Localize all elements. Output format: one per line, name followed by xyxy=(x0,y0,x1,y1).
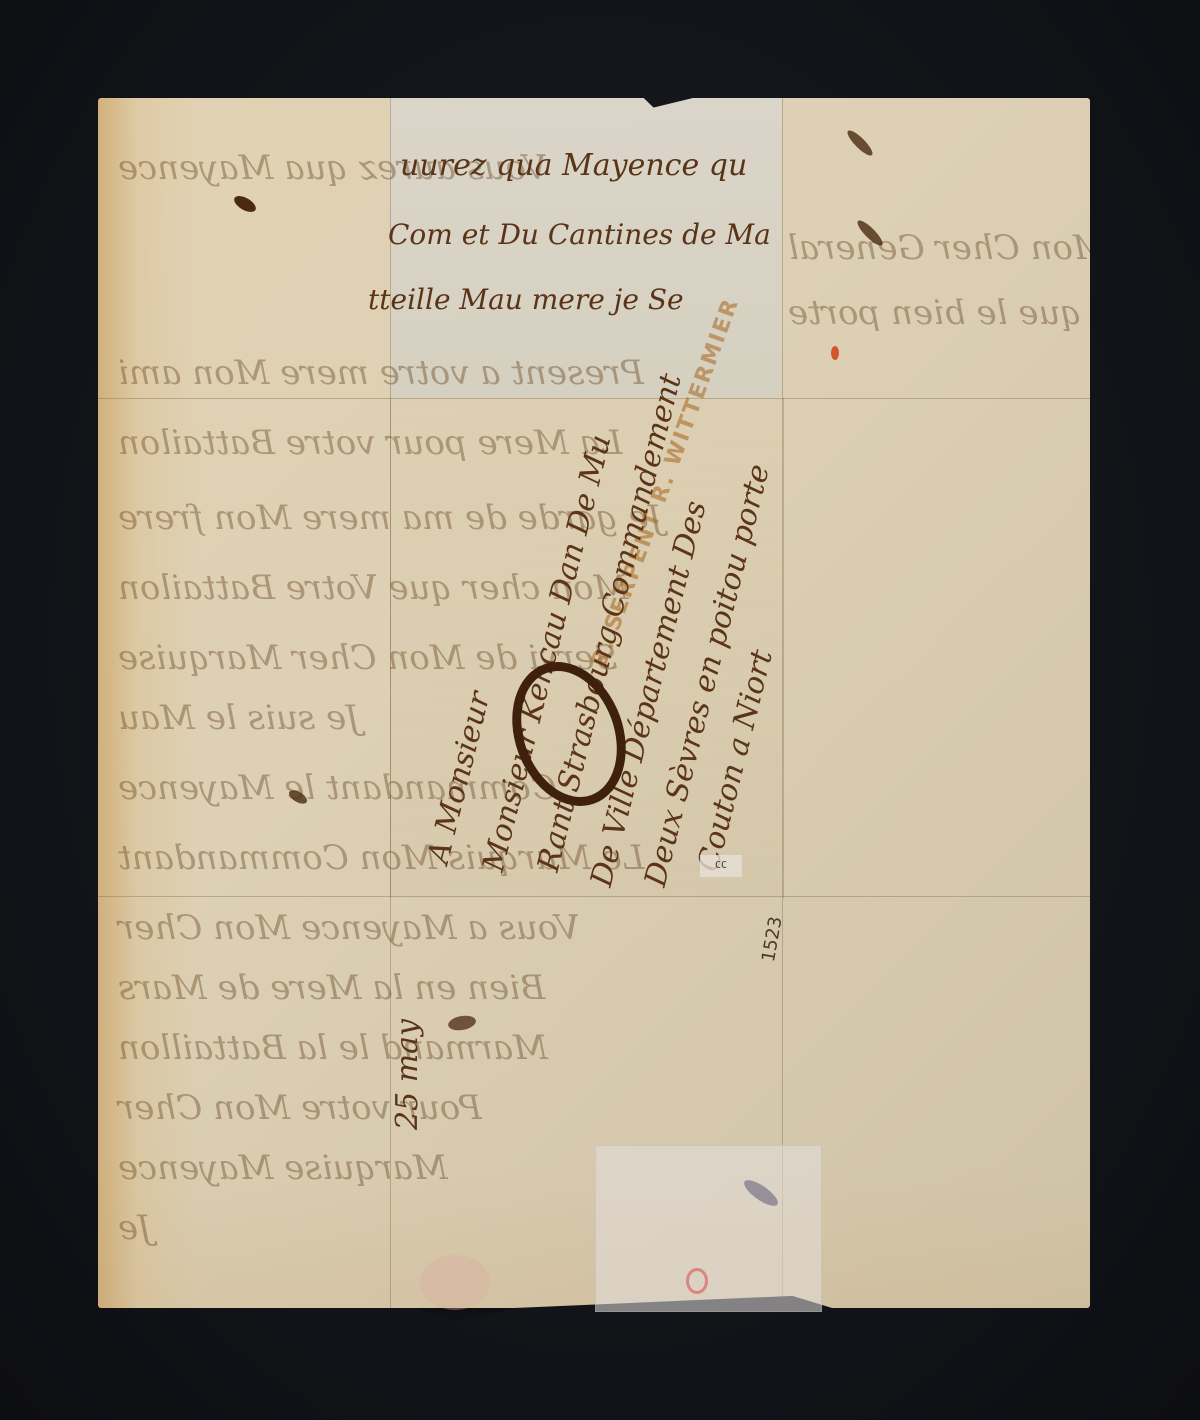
ink-blot xyxy=(844,127,875,158)
bleed-through-text: La Mere pour votre Battailon xyxy=(118,423,622,463)
bleed-through-text: Marquise Mayence xyxy=(118,1148,448,1188)
date-annotation: 25 may xyxy=(390,1019,425,1130)
ink-blot xyxy=(232,193,259,215)
fragment-line: tteille Mau mere je Se xyxy=(368,283,684,316)
archive-sticker: CC xyxy=(700,855,742,877)
fragment-line: Com et Du Cantines de Ma xyxy=(388,218,771,251)
ink-smudge xyxy=(741,1176,782,1210)
red-seal-mark xyxy=(686,1268,708,1294)
red-wax-fleck xyxy=(831,346,839,360)
bleed-through-text: Je suis le Mau xyxy=(118,698,360,738)
fold-line xyxy=(98,398,1090,399)
fold-line xyxy=(98,896,1090,897)
bleed-through-text: Recevoir que le bien porte xyxy=(788,293,1200,333)
wax-seal-residue xyxy=(420,1255,490,1310)
bleed-through-text: Bien en la Mere de Mars xyxy=(118,968,545,1008)
bleed-through-text: Je xyxy=(118,1208,152,1248)
bleed-through-text: Pour votre Mon Cher xyxy=(118,1088,482,1128)
bleed-through-text: Bataillons Mon Cher General xyxy=(788,228,1200,268)
repair-tape xyxy=(595,1145,822,1312)
bleed-through-text: Present a votre mere Mon ami xyxy=(118,353,644,393)
fold-line xyxy=(782,98,783,1308)
bleed-through-text: Vous a Mayence Mon Cher xyxy=(118,908,580,948)
fragment-line: uurez qua Mayence qu xyxy=(400,148,747,183)
bleed-through-text: Marmand le la Battaillon xyxy=(118,1028,548,1068)
